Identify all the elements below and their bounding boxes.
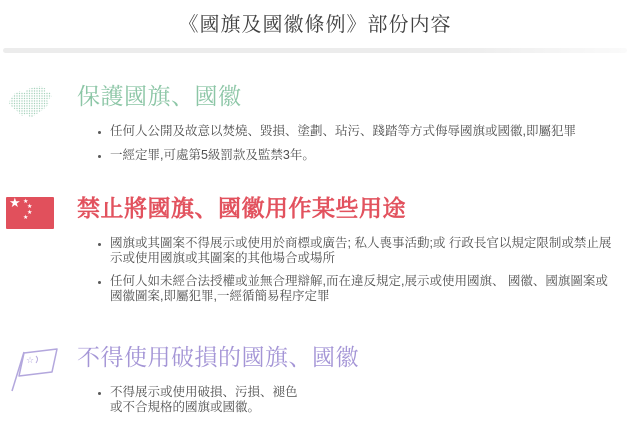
bullet-item: 任何人如未經合法授權或並無合理辯解,而在違反規定,展示或使用國旗、 國徽、國旗圖… (110, 274, 620, 303)
section-content: 不得使用破損的國旗、國徽 不得展示或使用破損、污損、褪色 或不合規格的國旗或國徽… (77, 345, 620, 423)
page-title: 《國旗及國徽條例》部份内容 (0, 0, 630, 37)
bullet-item: 一經定罪,可處第5級罰款及監禁3年。 (110, 148, 620, 163)
flag-small-star-icon: ★ (23, 215, 28, 221)
section-damaged-flag: ☆ 不得使用破損的國旗、國徽 不得展示或使用破損、污損、褪色 或不合規格的國旗或… (0, 345, 630, 423)
flag-star-outline-icon: ☆ (26, 355, 34, 365)
china-flag-icon: ★ ★ ★ ★ ★ (6, 197, 54, 229)
bullet-item: 任何人公開及故意以焚燒、毀損、塗劃、玷污、踐踏等方式侮辱國旗或國徽,即屬犯罪 (110, 124, 620, 139)
section-heading: 不得使用破損的國旗、國徽 (77, 345, 620, 370)
section-prohibited-uses: ★ ★ ★ ★ ★ 禁止將國旗、國徽用作某些用途 國旗或其圖案不得展示或使用於商… (0, 196, 630, 312)
bullet-list: 不得展示或使用破損、污損、褪色 或不合規格的國旗或國徽。 (77, 385, 620, 414)
section-protect-flag: 保護國旗、國徽 任何人公開及故意以焚燒、毀損、塗劃、玷污、踐踏等方式侮辱國旗或國… (0, 84, 630, 171)
section-icon-cell (0, 84, 77, 119)
section-heading: 保護國旗、國徽 (77, 84, 620, 109)
section-content: 保護國旗、國徽 任何人公開及故意以焚燒、毀損、塗劃、玷污、踐踏等方式侮辱國旗或國… (77, 84, 620, 171)
bullet-list: 任何人公開及故意以焚燒、毀損、塗劃、玷污、踐踏等方式侮辱國旗或國徽,即屬犯罪 一… (77, 124, 620, 162)
china-map-icon (6, 85, 54, 119)
section-icon-cell: ☆ (0, 345, 77, 392)
section-content: 禁止將國旗、國徽用作某些用途 國旗或其圖案不得展示或使用於商標或廣告; 私人喪事… (77, 196, 620, 312)
bullet-list: 國旗或其圖案不得展示或使用於商標或廣告; 私人喪事活動;或 行政長官以規定限制或… (77, 236, 620, 303)
sections-container: 保護國旗、國徽 任何人公開及故意以焚燒、毀損、塗劃、玷污、踐踏等方式侮辱國旗或國… (0, 53, 630, 423)
section-icon-cell: ★ ★ ★ ★ ★ (0, 196, 77, 229)
section-heading: 禁止將國旗、國徽用作某些用途 (77, 196, 620, 221)
infographic-page: 《國旗及國徽條例》部份内容 保護國旗、國徽 任何人公開及故意以焚燒、毀損、塗劃、… (0, 0, 630, 426)
bullet-item: 國旗或其圖案不得展示或使用於商標或廣告; 私人喪事活動;或 行政長官以規定限制或… (110, 236, 620, 265)
flag-big-star-icon: ★ (9, 196, 21, 209)
bullet-item: 不得展示或使用破損、污損、褪色 或不合規格的國旗或國徽。 (110, 385, 620, 414)
broken-flag-icon: ☆ (6, 346, 60, 392)
